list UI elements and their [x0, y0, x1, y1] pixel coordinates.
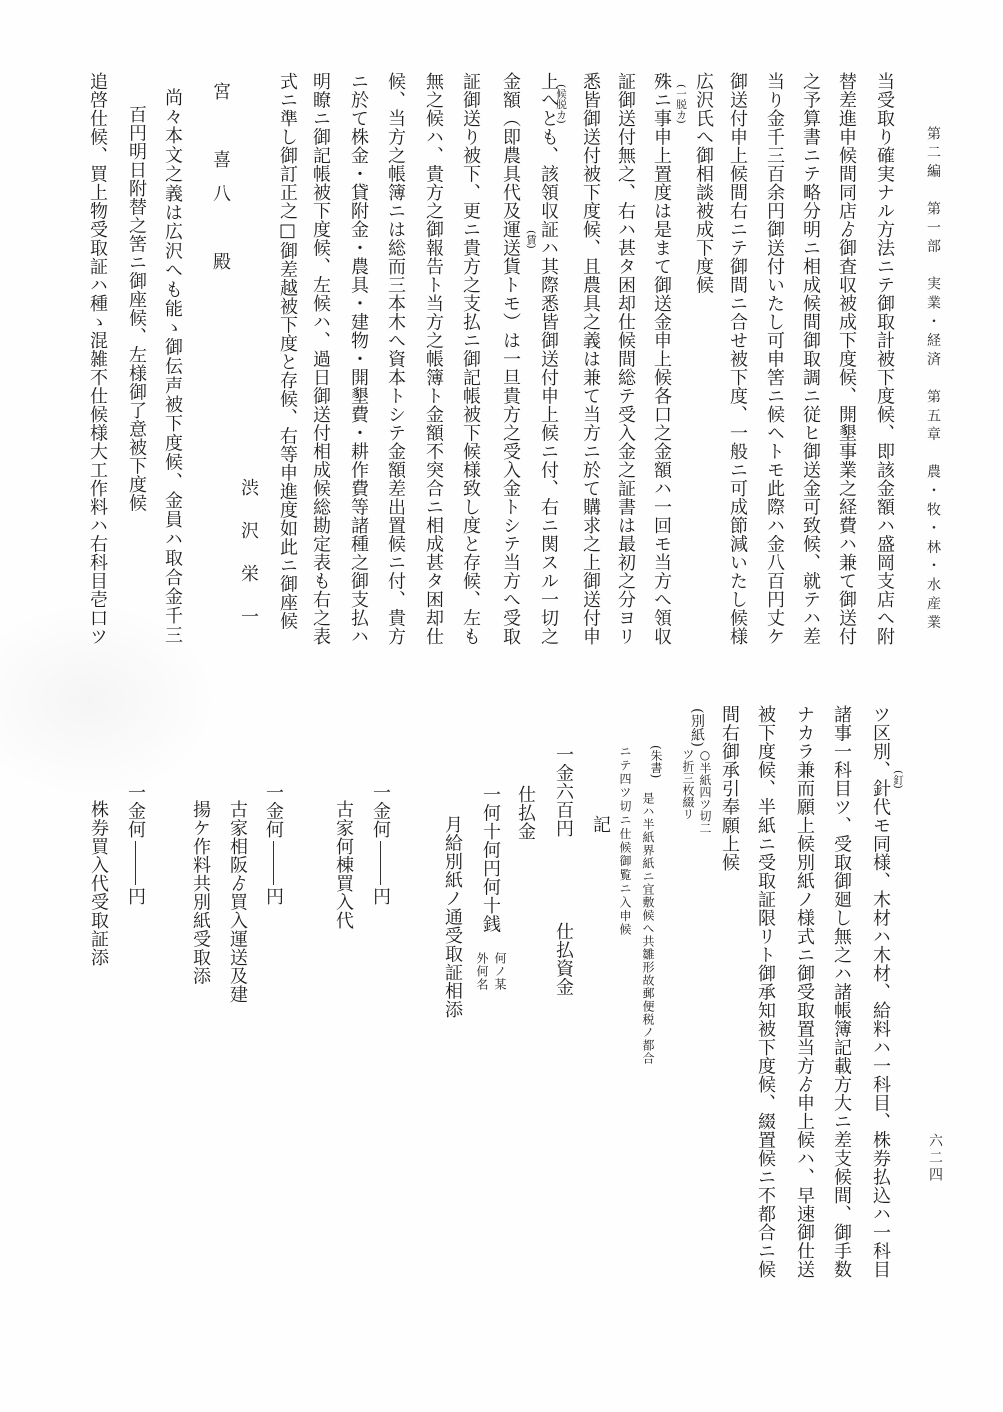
- amount-prefix: 一金何: [371, 783, 389, 839]
- item-amount: 一何十何円何十銭: [481, 785, 499, 933]
- letter-line: 上へとも、該領収証ハ其際悉皆御送付申上候ニ付、右ニ関スル一切之: [539, 72, 557, 646]
- letter-line: 之予算書ニテ略分明ニ相成候間御取調ニ従ヒ御送金可致候、就テハ差: [801, 72, 819, 646]
- letter-line: 広沢氏へ御相談被成下度候: [694, 72, 712, 294]
- addendum-line: ツ区別、針代モ同様、木材ハ木材、給料ハ一科目、株券払込ハ一科目: [871, 705, 889, 1279]
- letter-line: ニ於て株金・貸附金・農具・建物・開墾費・耕作費等諸種之御支払ハ: [349, 72, 367, 646]
- item-description: 古家相阪ゟ買入運送及建: [228, 800, 246, 1004]
- item-amount: 一金何 円: [264, 783, 282, 905]
- amount-prefix: 一金何: [264, 783, 282, 839]
- letter-line: 式ニ準し御訂正之□御差越被下度と存候、右等申進度如此ニ御座候: [278, 72, 296, 630]
- letter-line: 御送付申上候間右ニテ御間ニ合せ被下度、一般ニ可成節減いたし候様: [728, 72, 746, 646]
- letter-line: 候、当方之帳簿ニは総而三本木へ資本トシテ金額差出置候ニ付、貴方: [386, 72, 404, 646]
- document-page: 第二編 第一部 実業・経済 第五章 農・牧・林・水産業 六二四 当受取り確実ナル…: [0, 0, 1003, 1412]
- postscript-line: 百円明日附替之筈ニ御座候、左様御了意被下度候: [127, 105, 145, 512]
- signature: 渋沢栄一: [239, 478, 257, 650]
- item-description: 古家何棟買入代: [334, 800, 352, 930]
- letter-line: 悉皆御送付被下度候、且農具之義は兼て当方ニ於て購求之上御送付申: [581, 72, 599, 646]
- amount-suffix: 円: [264, 887, 282, 906]
- format-note-line: ○半紙四ツ切二: [699, 748, 711, 834]
- letter-line: 替差進申候間同店ゟ御査収被成下度候、開墾事業之経費ハ兼て御送付: [837, 72, 855, 646]
- amount-prefix: 一金何: [126, 783, 144, 839]
- item-amount: 一金何 円: [126, 783, 144, 905]
- addendum-line: ナカラ兼而願上候別紙ノ様式ニ御受取置当方ゟ申上候ハ、早速御仕送: [795, 705, 813, 1279]
- amount-suffix: 円: [126, 887, 144, 906]
- red-ink-note-line: ニテ四ツ切ニ仕候御覧ニ入申候: [619, 745, 631, 937]
- running-head: 第二編 第一部 実業・経済 第五章 農・牧・林・水産業: [926, 126, 940, 634]
- letter-line: 明瞭ニ御記帳被下度候、左候ハ、過日御送付相成候総勘定表も右之表: [311, 72, 329, 646]
- item-description: 揚ケ作料共別紙受取添: [191, 800, 209, 985]
- letter-line: 当り金千三百余円御送付いたし可申筈ニ候ヘトモ此際ハ金八百円丈ケ: [765, 72, 783, 646]
- letter-line: 証御送り被下、更ニ貴方之支払ニ御記帳被下候様致し度と存候、左も: [461, 72, 479, 646]
- item-amount: 一金何 円: [371, 783, 389, 905]
- letter-line: 金額（即農具代及運送貨トモ）は一旦貴方之受入金トシテ当方へ受取: [501, 72, 519, 646]
- editorial-note: (一脱カ): [675, 84, 686, 124]
- item-payee: 何ノ某: [494, 952, 506, 991]
- total-amount: 一金六百円: [554, 745, 572, 838]
- letter-line: 無之候ハ、貴方之御報告ト当方之帳簿ト金額不突合ニ相成甚タ困却仕: [424, 72, 442, 646]
- addendum-line: 諸事一科目ツ、受取御廻し無之ハ諸帳簿記載方大ニ差支候間、御手数: [832, 705, 850, 1279]
- amount-suffix: 円: [371, 887, 389, 906]
- letter-line: 証御送付無之、右ハ甚タ困却仕候間総テ受入金之証書は最初之分ヨリ: [616, 72, 634, 646]
- item-payee: 外何名: [476, 952, 488, 991]
- addendum-line: 間右御承引奉願上候: [720, 705, 738, 872]
- section-heading: 仕払金: [516, 785, 534, 841]
- page-number: 六二四: [928, 1133, 942, 1184]
- red-ink-note-line: 是ハ半紙界紙ニ宜敷候へ共雛形故郵便税ノ都合: [642, 792, 654, 1065]
- postscript-line: 尚々本文之義は広沢へも能ゝ御伝声被下度候、金員ハ取合金千三: [163, 88, 181, 645]
- amount-blank-line: [273, 841, 274, 885]
- letter-line: 殊ニ事申上置度は是まて御送金申上候各口之金額ハ一回モ当方へ領収: [652, 72, 670, 646]
- scan-shadow: [0, 600, 220, 800]
- amount-blank-line: [380, 841, 381, 885]
- enclosure-label: (別紙): [690, 708, 704, 747]
- letter-line: 当受取り確実ナル方法ニテ御取計被下度候、即該金額ハ盛岡支店へ附: [875, 72, 893, 646]
- total-label: 仕払資金: [554, 922, 572, 996]
- amount-blank-line: [135, 841, 136, 885]
- format-note-line: ツ折三枚綴リ: [682, 748, 694, 820]
- red-ink-label: (朱書): [650, 745, 662, 778]
- addendum-line: 被下度候、半紙ニ受取証限リト御承知被下度候、綴置候ニ不都合ニ候: [756, 705, 774, 1279]
- editorial-note: (賃): [525, 230, 536, 249]
- addendum-line: 追啓仕候、買上物受取証ハ種ゝ混雑不仕候様大工作料ハ右科目壱口ツ: [88, 72, 106, 646]
- record-heading: 記: [591, 815, 609, 834]
- editorial-note: (釘): [892, 770, 903, 789]
- item-description: 月給別紙ノ通受取証相添: [443, 815, 461, 1019]
- addressee: 宮 喜八 殿: [211, 82, 229, 286]
- item-description: 株券買入代受取証添: [89, 800, 107, 967]
